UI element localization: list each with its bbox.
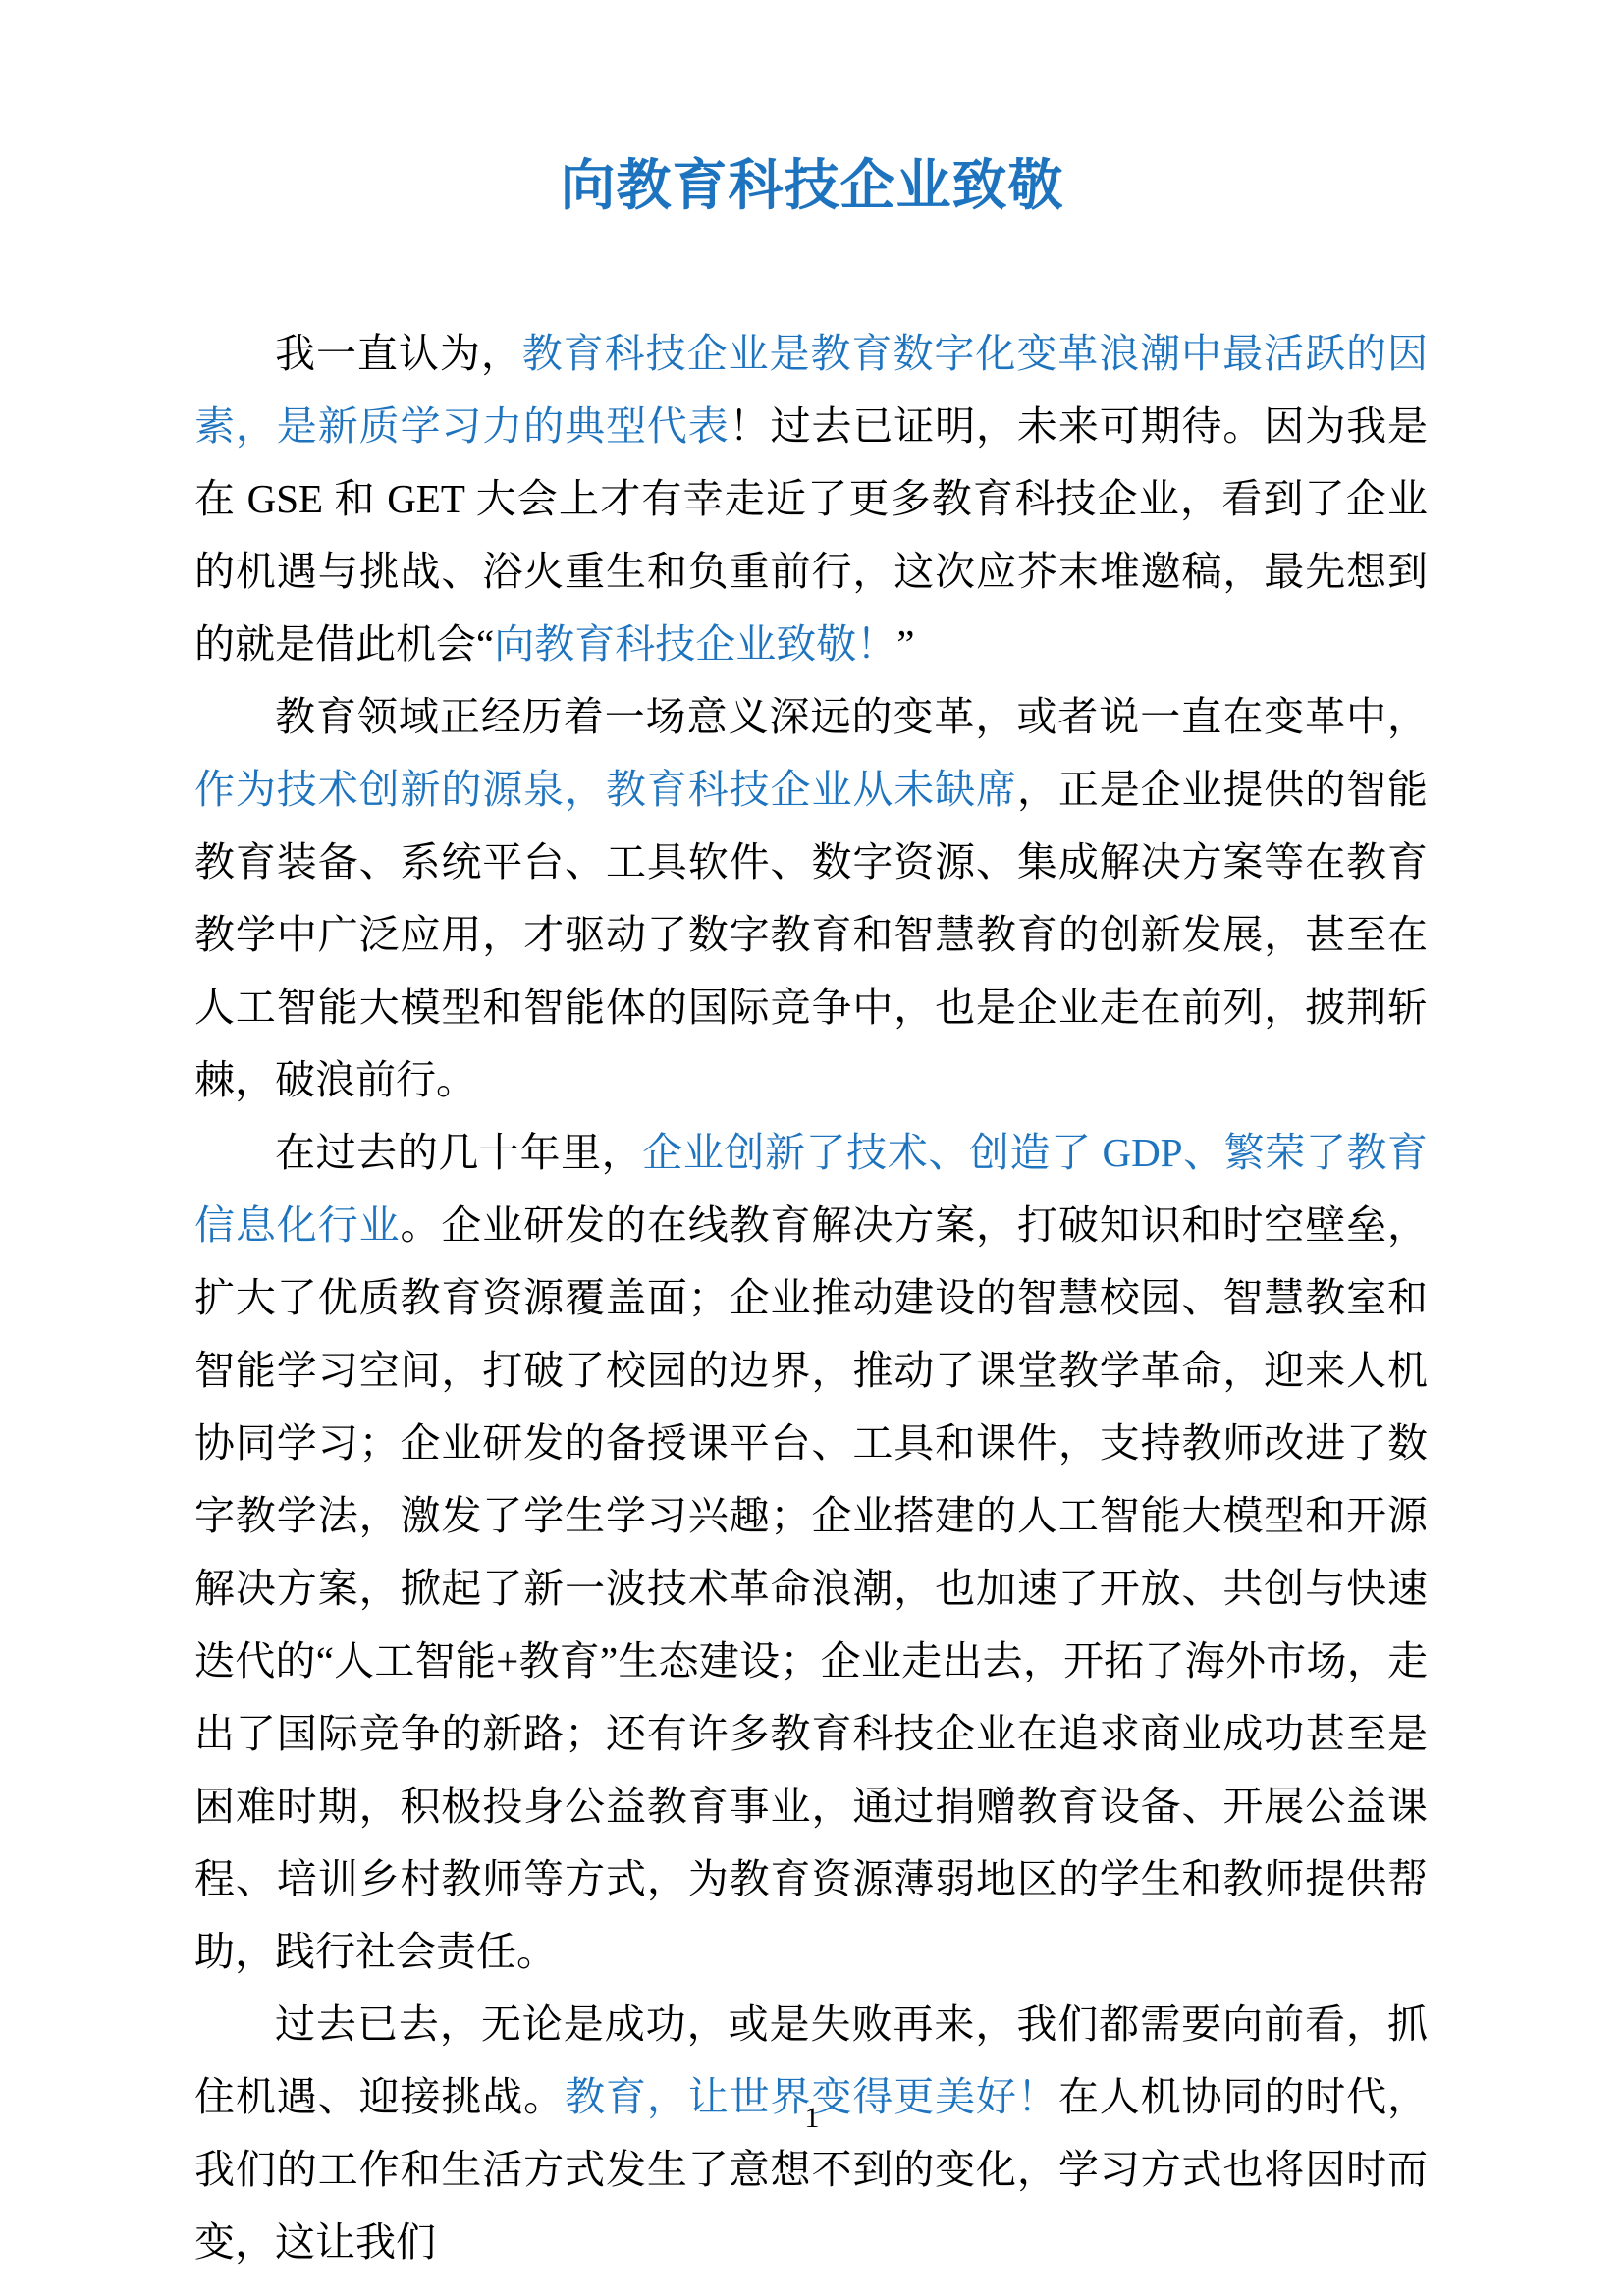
page-number: 1 [0,2099,1624,2138]
text-run: 。企业研发的在线教育解决方案，打破知识和时空壁垒，扩大了优质教育资源覆盖面；企业… [194,1202,1428,1974]
text-run: 在过去的几十年里， [275,1130,642,1175]
document-body: 我一直认为，教育科技企业是教育数字化变革浪潮中最活跃的因素，是新质学习力的典型代… [194,317,1428,2278]
text-run: ” [896,621,914,667]
highlighted-text-run: 作为技术创新的源泉，教育科技企业从未缺席 [194,767,1017,812]
paragraph: 我一直认为，教育科技企业是教育数字化变革浪潮中最活跃的因素，是新质学习力的典型代… [194,317,1428,680]
page-title: 向教育科技企业致敬 [0,152,1624,221]
paragraph: 教育领域正经历着一场意义深远的变革，或者说一直在变革中，作为技术创新的源泉，教育… [194,680,1428,1116]
text-run: 我一直认为， [275,331,522,376]
paragraph: 在过去的几十年里，企业创新了技术、创造了 GDP、繁荣了教育信息化行业。企业研发… [194,1116,1428,1988]
text-run: 教育领域正经历着一场意义深远的变革，或者说一直在变革中， [275,694,1428,739]
document-page: 向教育科技企业致敬 我一直认为，教育科技企业是教育数字化变革浪潮中最活跃的因素，… [0,0,1624,2296]
text-run: ，正是企业提供的智能教育装备、系统平台、工具软件、数字资源、集成解决方案等在教育… [194,767,1428,1102]
highlighted-text-run: 向教育科技企业致敬！ [494,621,896,667]
